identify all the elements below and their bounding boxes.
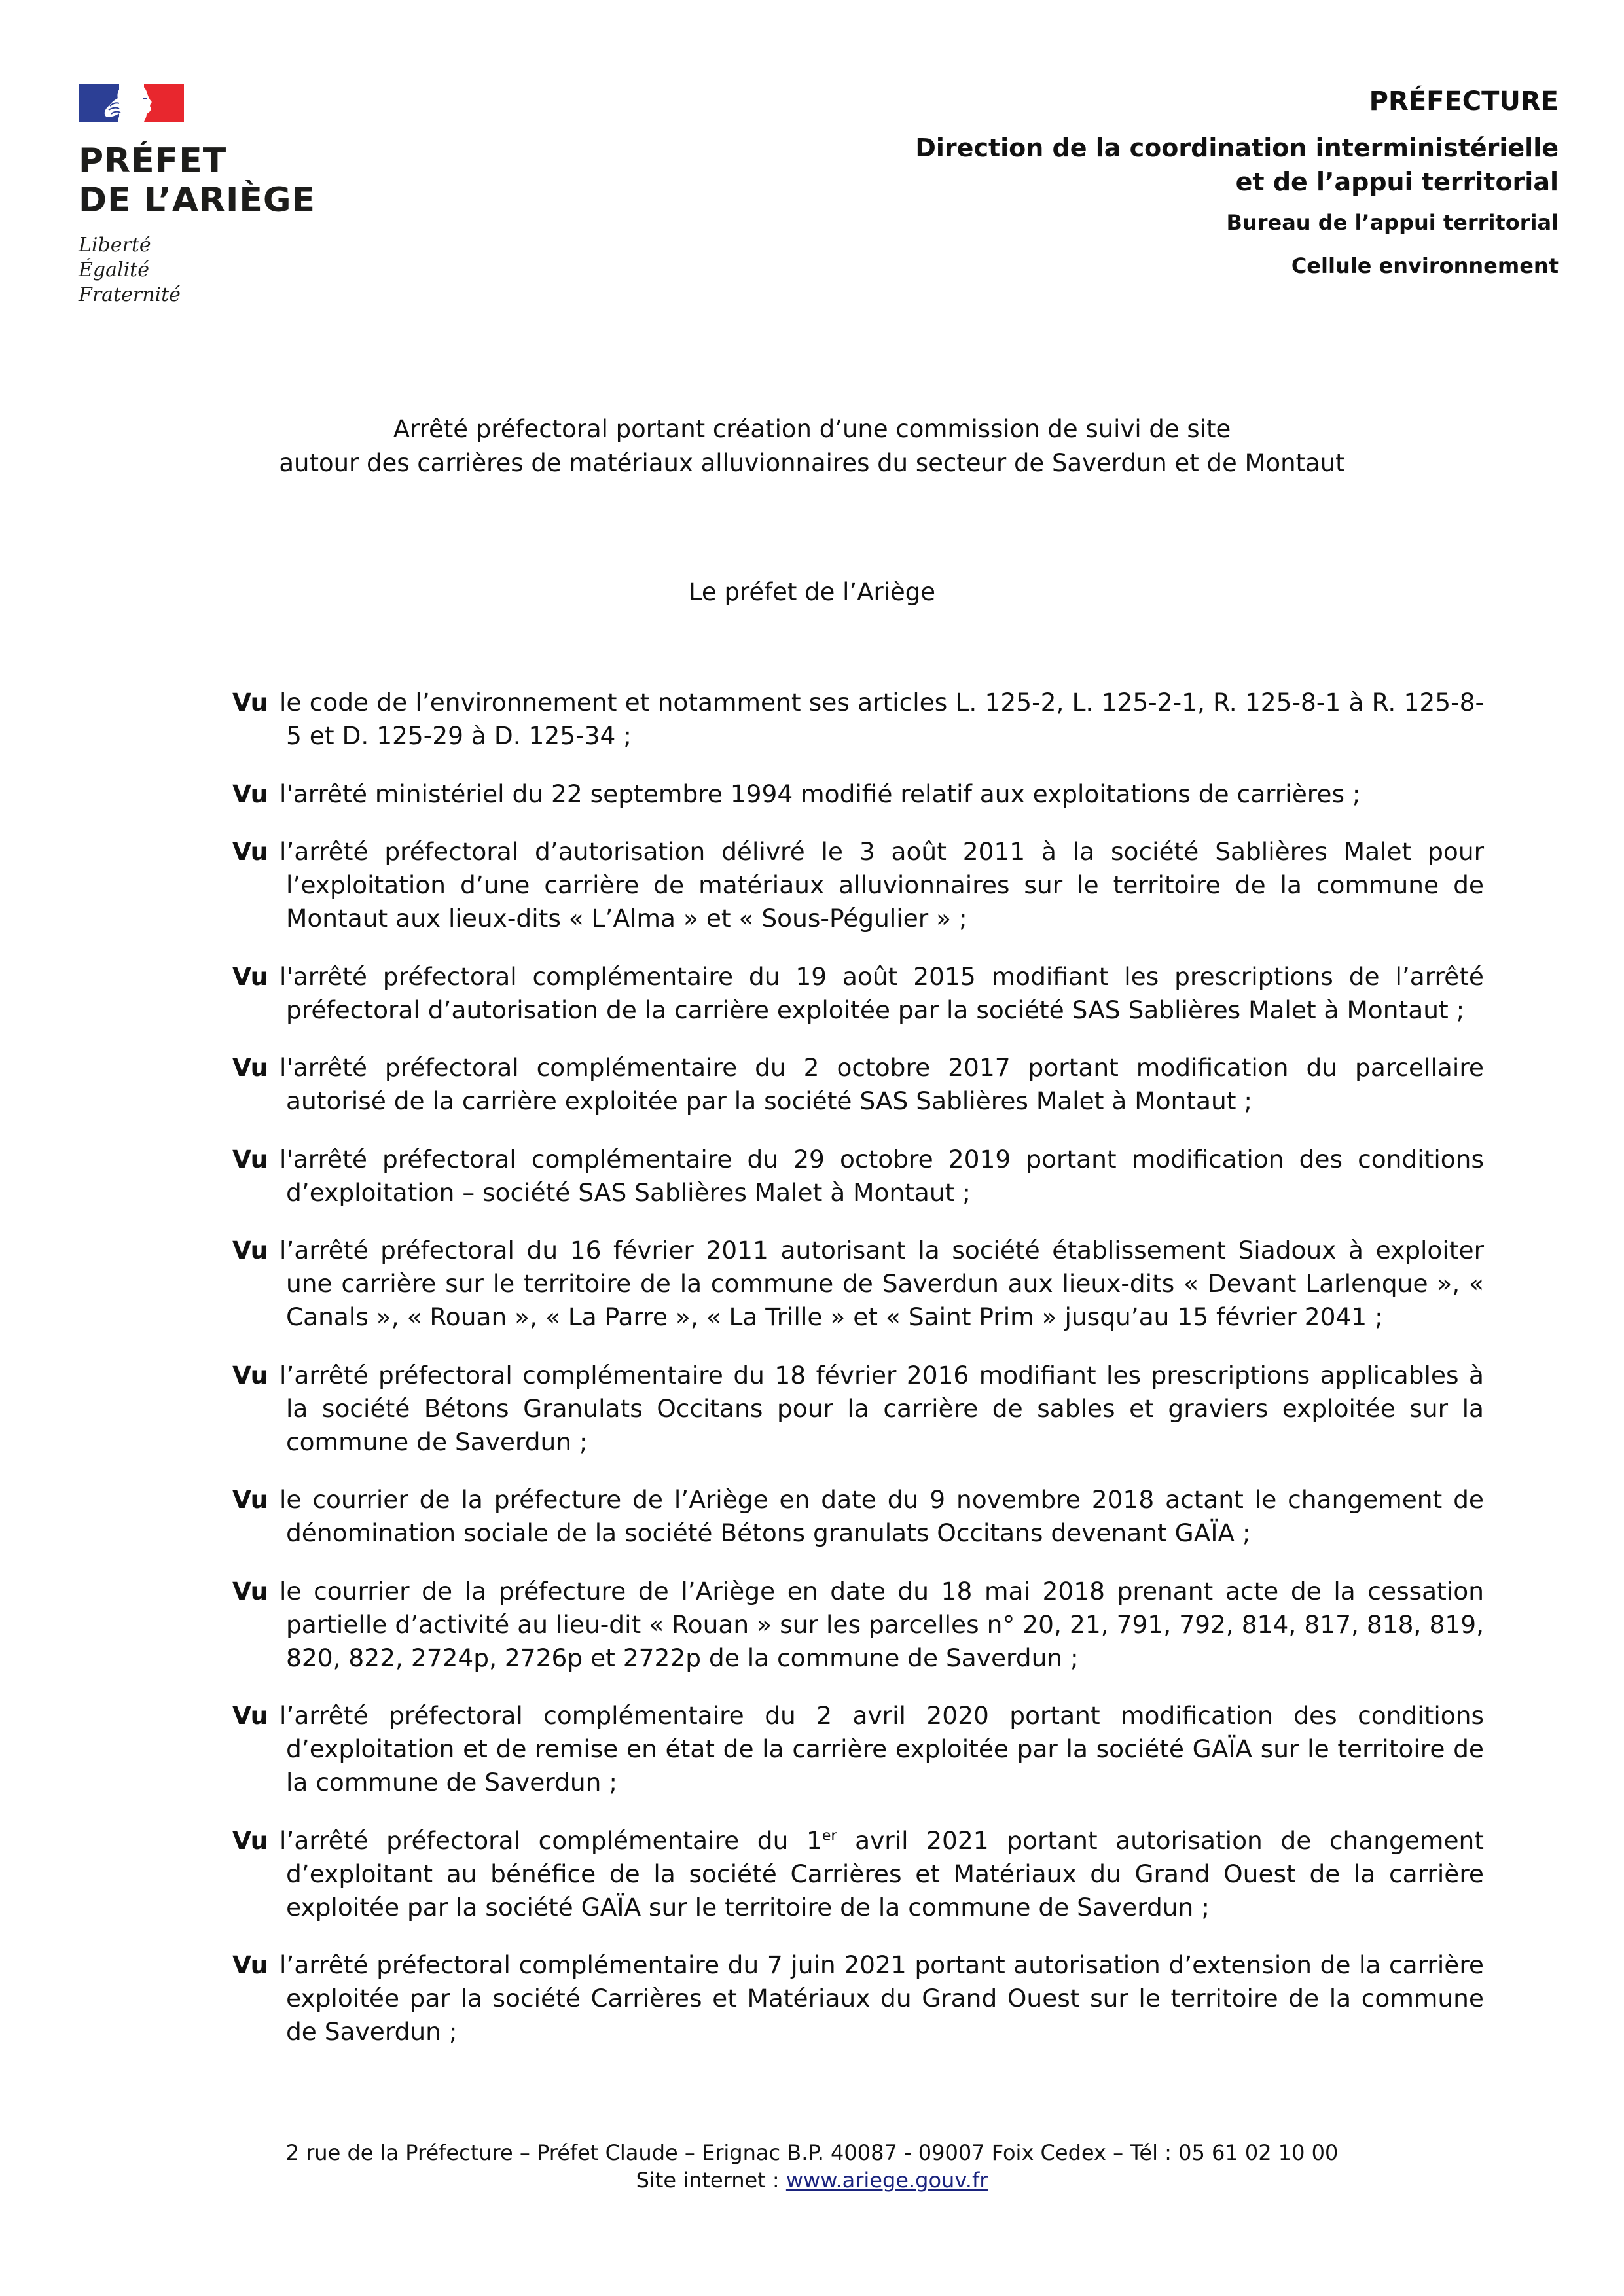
visa-text: l’arrêté préfectoral complémentaire du 1… — [280, 1361, 1484, 1456]
document-title-line2: autour des carrières de matériaux alluvi… — [0, 446, 1624, 480]
motto-liberte: Liberté — [79, 233, 327, 258]
document-title-line1: Arrêté préfectoral portant création d’un… — [0, 412, 1624, 446]
vu-label: Vu — [232, 686, 274, 719]
prefet-logo: PRÉFET DE L’ARIÈGE Liberté Égalité Frate… — [79, 84, 327, 308]
visa-text: l’arrêté préfectoral d’autorisation déli… — [280, 837, 1484, 933]
visa-item: Vule code de l’environnement et notammen… — [232, 686, 1484, 753]
service-cellule: Cellule environnement — [915, 251, 1559, 280]
visa-item: Vul'arrêté préfectoral complémentaire du… — [232, 960, 1484, 1027]
footer-site: Site internet : www.ariege.gouv.fr — [0, 2166, 1624, 2194]
motto-fraternite: Fraternité — [79, 283, 327, 308]
footer-site-label: Site internet : — [636, 2168, 786, 2193]
document-title: Arrêté préfectoral portant création d’un… — [0, 412, 1624, 480]
visa-text: le code de l’environnement et notamment … — [280, 688, 1484, 750]
prefet-title-line1: PRÉFET — [79, 141, 327, 181]
visa-text: l’arrêté préfectoral complémentaire du 7… — [280, 1950, 1484, 2046]
visa-item: Vul'arrêté préfectoral complémentaire du… — [232, 1051, 1484, 1118]
visa-item: Vul’arrêté préfectoral du 16 février 201… — [232, 1234, 1484, 1334]
vu-label: Vu — [232, 1051, 274, 1085]
service-direction-line1: Direction de la coordination interminist… — [915, 131, 1559, 165]
visa-item: Vul’arrêté préfectoral complémentaire du… — [232, 1824, 1484, 1924]
service-bureau: Bureau de l’appui territorial — [915, 208, 1559, 237]
visa-item: Vul’arrêté préfectoral complémentaire du… — [232, 1359, 1484, 1459]
visa-text: l’arrêté préfectoral complémentaire du 2… — [280, 1701, 1484, 1797]
motto-egalite: Égalité — [79, 258, 327, 283]
vu-label: Vu — [232, 1575, 274, 1608]
visa-item: Vule courrier de la préfecture de l’Ariè… — [232, 1483, 1484, 1550]
issuer-line: Le préfet de l’Ariège — [0, 576, 1624, 609]
vu-label: Vu — [232, 835, 274, 869]
vu-label: Vu — [232, 778, 274, 811]
visa-item: Vul’arrêté préfectoral d’autorisation dé… — [232, 835, 1484, 935]
visa-item: Vul’arrêté préfectoral complémentaire du… — [232, 1948, 1484, 2049]
ordinal-superscript: er — [822, 1827, 837, 1844]
visa-item: Vul'arrêté ministériel du 22 septembre 1… — [232, 778, 1484, 811]
website-link[interactable]: www.ariege.gouv.fr — [786, 2168, 988, 2193]
republic-motto: Liberté Égalité Fraternité — [79, 233, 327, 308]
visa-text: l’arrêté préfectoral du 16 février 2011 … — [280, 1236, 1484, 1331]
visa-item: Vul’arrêté préfectoral complémentaire du… — [232, 1699, 1484, 1799]
marianne-flag-icon — [79, 84, 184, 122]
visa-text: le courrier de la préfecture de l’Ariège… — [280, 1485, 1484, 1547]
vu-label: Vu — [232, 1948, 274, 1982]
service-header: PRÉFECTURE Direction de la coordination … — [915, 85, 1559, 280]
visa-text: l'arrêté préfectoral complémentaire du 2… — [280, 1053, 1484, 1115]
visas-list: Vule code de l’environnement et notammen… — [232, 686, 1484, 2065]
vu-label: Vu — [232, 1483, 274, 1516]
visa-item: Vule courrier de la préfecture de l’Ariè… — [232, 1575, 1484, 1675]
service-prefecture: PRÉFECTURE — [915, 85, 1559, 118]
vu-label: Vu — [232, 960, 274, 994]
visa-text: le courrier de la préfecture de l’Ariège… — [280, 1577, 1484, 1672]
visa-text: l'arrêté préfectoral complémentaire du 2… — [280, 1145, 1484, 1207]
service-direction-line2: et de l’appui territorial — [915, 165, 1559, 199]
visa-item: Vul'arrêté préfectoral complémentaire du… — [232, 1143, 1484, 1210]
vu-label: Vu — [232, 1359, 274, 1392]
service-direction: Direction de la coordination interminist… — [915, 131, 1559, 199]
vu-label: Vu — [232, 1824, 274, 1857]
vu-label: Vu — [232, 1699, 274, 1732]
footer-address: 2 rue de la Préfecture – Préfet Claude –… — [0, 2139, 1624, 2166]
page-footer: 2 rue de la Préfecture – Préfet Claude –… — [0, 2139, 1624, 2194]
prefet-title-line2: DE L’ARIÈGE — [79, 181, 327, 220]
vu-label: Vu — [232, 1234, 274, 1267]
vu-label: Vu — [232, 1143, 274, 1176]
marianne-profile-icon — [79, 84, 184, 122]
visa-text: l'arrêté ministériel du 22 septembre 199… — [280, 780, 1361, 808]
visa-text-before-sup: l’arrêté préfectoral complémentaire du 1 — [280, 1826, 822, 1855]
prefet-title: PRÉFET DE L’ARIÈGE — [79, 141, 327, 220]
visa-text: l'arrêté préfectoral complémentaire du 1… — [280, 962, 1484, 1024]
